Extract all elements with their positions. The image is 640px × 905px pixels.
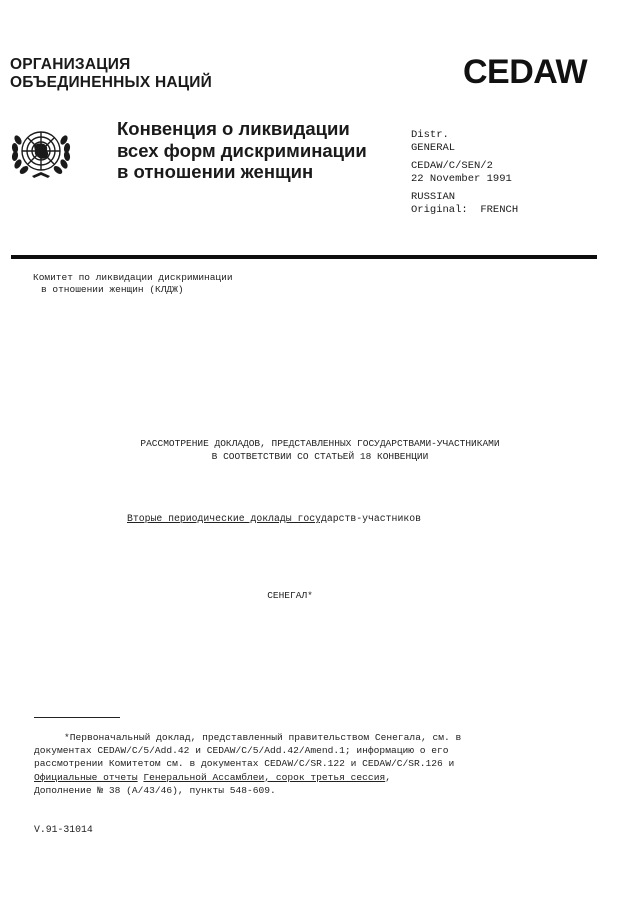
general-assembly-text: Генеральной Ассамблеи, сорок третья сесс…	[143, 772, 385, 783]
committee-name: Комитет по ликвидации дискриминации в от…	[33, 272, 233, 296]
report-subtitle: Вторые периодические доклады государств-…	[127, 513, 421, 525]
document-date: 22 November 1991	[411, 173, 518, 186]
distribution-label: Distr.	[411, 129, 518, 142]
organization-name-line-1: ОРГАНИЗАЦИЯ	[10, 56, 212, 74]
report-subtitle-rest: арств-участников	[327, 513, 421, 524]
original-language-row: Original: FRENCH	[411, 204, 518, 217]
organization-name-line-2: ОБЪЕДИНЕННЫХ НАЦИЙ	[10, 74, 212, 92]
agenda-heading-line-2: В СООТВЕТСТВИИ СО СТАТЬЕЙ 18 КОНВЕНЦИИ	[0, 450, 640, 463]
footnote-line-1: *Первоначальный доклад, представленный п…	[34, 731, 534, 744]
agenda-heading-line-1: РАССМОТРЕНИЕ ДОКЛАДОВ, ПРЕДСТАВЛЕННЫХ ГО…	[0, 437, 640, 450]
document-language: RUSSIAN	[411, 191, 518, 204]
country-name: СЕНЕГАЛ*	[0, 590, 580, 602]
header-divider	[11, 255, 597, 259]
footnote-line-4: Официальные отчеты Генеральной Ассамблеи…	[34, 771, 534, 784]
organization-name: ОРГАНИЗАЦИЯ ОБЪЕДИНЕННЫХ НАЦИЙ	[10, 56, 212, 92]
document-symbol: CEDAW/C/SEN/2	[411, 160, 518, 173]
original-label: Original:	[411, 204, 468, 216]
official-records-text: Официальные отчеты	[34, 772, 138, 783]
convention-title-line-1: Конвенция о ликвидации	[117, 118, 367, 140]
original-language: FRENCH	[480, 204, 518, 216]
document-meta: Distr. GENERAL CEDAW/C/SEN/2 22 November…	[411, 129, 518, 222]
cedaw-logo: CEDAW	[463, 52, 587, 92]
convention-title-line-2: всех форм дискриминации	[117, 140, 367, 162]
footnote-line-5: Дополнение № 38 (A/43/46), пункты 548-60…	[34, 784, 534, 797]
agenda-heading: РАССМОТРЕНИЕ ДОКЛАДОВ, ПРЕДСТАВЛЕННЫХ ГО…	[0, 437, 640, 463]
job-number: V.91-31014	[34, 824, 93, 836]
footnote-line-2: документах CEDAW/C/5/Add.42 и CEDAW/C/5/…	[34, 744, 534, 757]
committee-line-2: в отношении женщин (КЛДЖ)	[33, 284, 233, 296]
footnote-divider	[34, 717, 120, 718]
committee-line-1: Комитет по ликвидации дискриминации	[33, 272, 233, 284]
convention-title: Конвенция о ликвидации всех форм дискрим…	[117, 118, 367, 183]
footnote: *Первоначальный доклад, представленный п…	[34, 731, 534, 797]
convention-title-line-3: в отношении женщин	[117, 161, 367, 183]
un-emblem-icon	[10, 124, 72, 180]
distribution-value: GENERAL	[411, 142, 518, 155]
report-subtitle-underlined: Вторые периодические доклады госуд	[127, 513, 327, 524]
footnote-line-3: рассмотрении Комитетом см. в документах …	[34, 757, 534, 770]
